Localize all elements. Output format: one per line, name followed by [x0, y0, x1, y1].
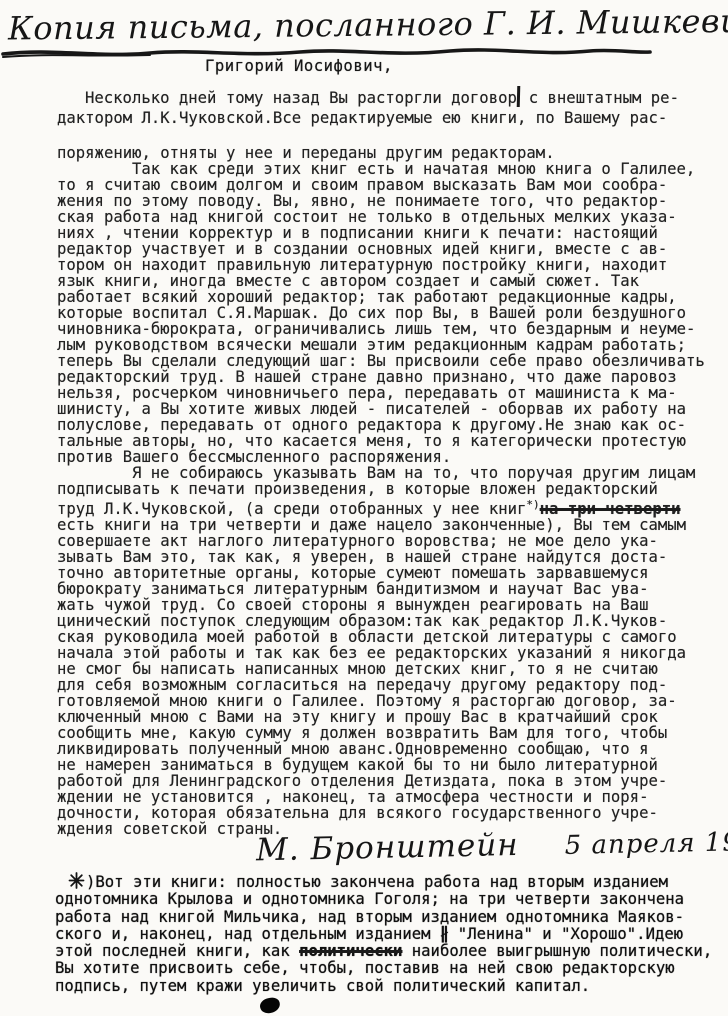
- paragraph-1: Несколько дней тому назад Вы расторгли д…: [57, 86, 728, 128]
- letter-body: Несколько дней тому назад Вы расторгли д…: [57, 86, 728, 837]
- handwritten-note: Копия письма, посланного Г. И. Мишкевичу: [8, 2, 688, 47]
- signature-block: М. Бронштейн5 апреля 1937.: [256, 824, 677, 869]
- signature-date: 5 апреля 1937.: [564, 826, 728, 861]
- footnote: )Вот эти книги: полностью закончена рабо…: [55, 872, 723, 995]
- salutation: Григорий Иосифович,: [205, 57, 393, 75]
- scanned-letter-page: Копия письма, посланного Г. И. Мишкевичу…: [0, 0, 728, 1016]
- paragraph-1-text: Несколько дней тому назад Вы расторгли д…: [85, 89, 517, 107]
- paragraph-3-text-cont: есть книги на три четверти и даже нацело…: [57, 516, 686, 838]
- ink-blot: [259, 996, 282, 1015]
- asterisk-icon: [68, 872, 85, 889]
- footnote-reference-marker: *): [526, 498, 539, 511]
- ink-stroke-mark: [517, 86, 520, 107]
- paragraph-2: Так как среди этих книг есть и начатая м…: [57, 161, 728, 465]
- footnote-struck-text: политически: [299, 942, 402, 960]
- paragraph-1-continued: поряжению, отняты у нее и переданы други…: [57, 145, 728, 161]
- paragraph-3: Я не собираюсь указывать Вам на то, что …: [57, 465, 728, 837]
- signature-name: М. Бронштейн: [256, 827, 519, 868]
- footnote-marker: ): [86, 873, 95, 891]
